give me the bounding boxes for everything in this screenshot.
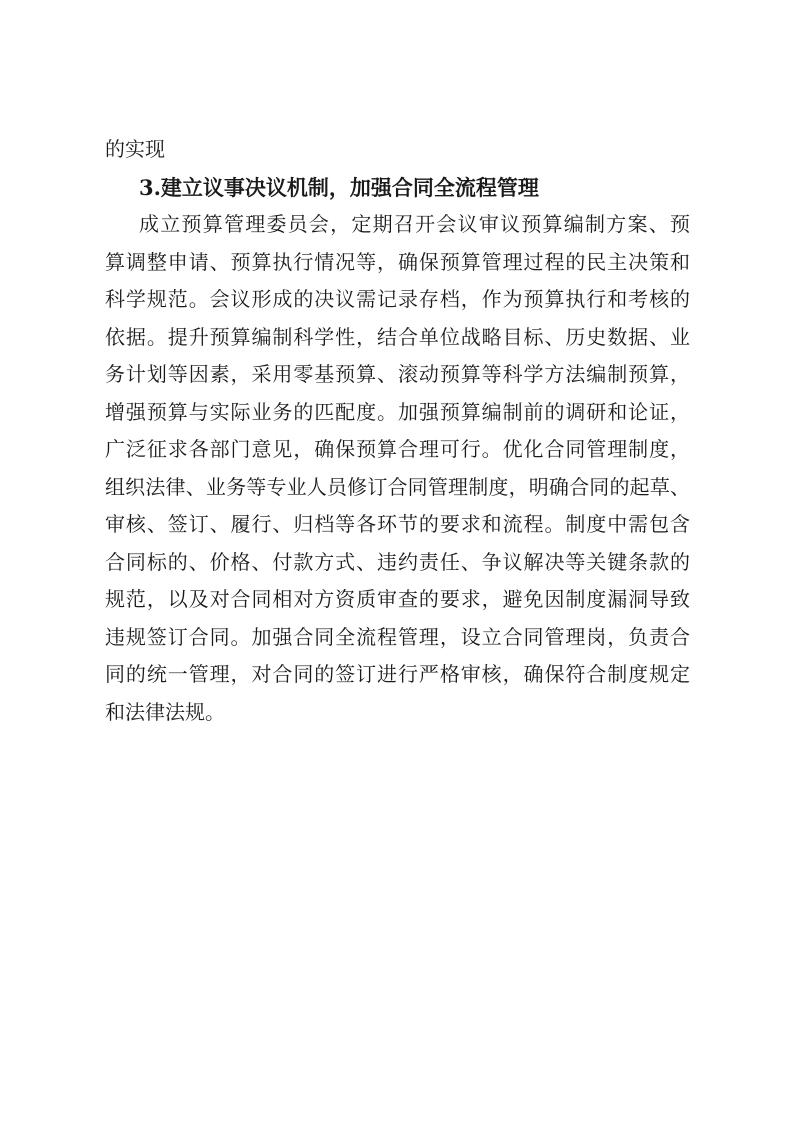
paragraph-line: 算调整申请、预算执行情况等，确保预算管理过程的民主决策和: [105, 244, 690, 282]
paragraph-line: 增强预算与实际业务的匹配度。加强预算编制前的调研和论证，: [105, 394, 690, 432]
paragraph-line: 依据。提升预算编制科学性，结合单位战略目标、历史数据、业: [105, 319, 690, 357]
paragraph-line: 违规签订合同。加强合同全流程管理，设立合同管理岗，负责合: [105, 619, 690, 657]
section-heading: 3.建立议事决议机制，加强合同全流程管理: [105, 169, 690, 207]
paragraph-line: 合同标的、价格、付款方式、违约责任、争议解决等关键条款的: [105, 544, 690, 582]
paragraph-line: 和法律法规。: [105, 694, 690, 732]
document-page: 的实现 3.建立议事决议机制，加强合同全流程管理 成立预算管理委员会，定期召开会…: [0, 0, 793, 1122]
paragraph-line: 务计划等因素，采用零基预算、滚动预算等科学方法编制预算，: [105, 356, 690, 394]
paragraph-line: 成立预算管理委员会，定期召开会议审议预算编制方案、预: [105, 206, 690, 244]
paragraph-continuation: 的实现: [105, 131, 690, 169]
paragraph-line: 组织法律、业务等专业人员修订合同管理制度，明确合同的起草、: [105, 469, 690, 507]
paragraph-line: 同的统一管理，对合同的签订进行严格审核，确保符合制度规定: [105, 656, 690, 694]
paragraph-line: 科学规范。会议形成的决议需记录存档，作为预算执行和考核的: [105, 281, 690, 319]
paragraph-line: 广泛征求各部门意见，确保预算合理可行。优化合同管理制度，: [105, 431, 690, 469]
paragraph-line: 规范，以及对合同相对方资质审查的要求，避免因制度漏洞导致: [105, 581, 690, 619]
paragraph-line: 审核、签订、履行、归档等各环节的要求和流程。制度中需包含: [105, 506, 690, 544]
